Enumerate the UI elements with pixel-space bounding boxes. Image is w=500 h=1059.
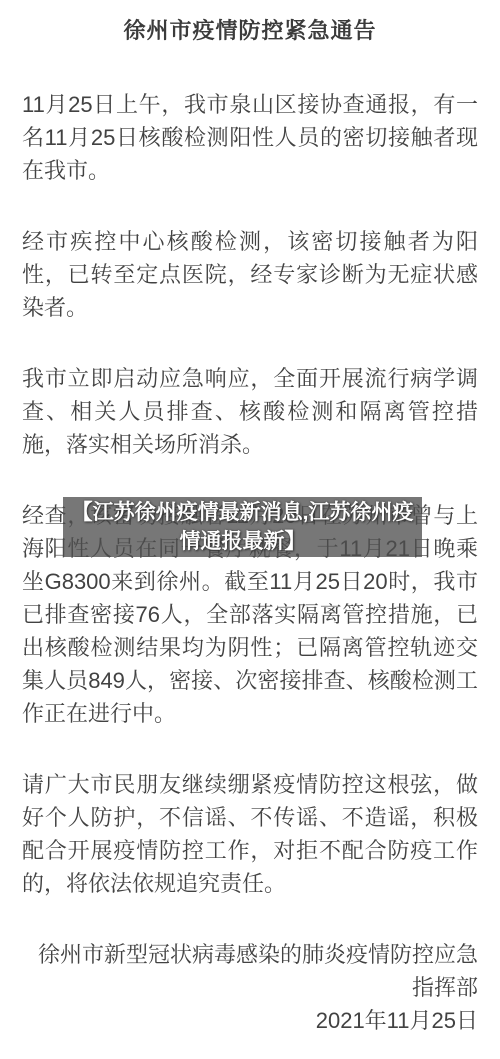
notice-title: 徐州市疫情防控紧急通告 <box>22 16 478 46</box>
signature-date: 2021年11月25日 <box>22 1004 478 1037</box>
notice-paragraph-2: 经市疾控中心核酸检测，该密切接触者为阳性，已转至定点医院，经专家诊断为无症状感染… <box>22 225 478 324</box>
notice-paragraph-1: 11月25日上午，我市泉山区接协查通报，有一名11月25日核酸检测阳性人员的密切… <box>22 88 478 187</box>
watermark-overlay: 【江苏徐州疫情最新消息,江苏徐州疫情通报最新】 <box>63 497 422 557</box>
notice-page: 徐州市疫情防控紧急通告 11月25日上午，我市泉山区接协查通报，有一名11月25… <box>0 0 500 1059</box>
signature-org: 徐州市新型冠状病毒感染的肺炎疫情防控应急指挥部 <box>22 938 478 1004</box>
notice-title-text: 徐州市疫情防控紧急通告 <box>123 18 376 43</box>
signature-block: 徐州市新型冠状病毒感染的肺炎疫情防控应急指挥部 2021年11月25日 <box>22 938 478 1037</box>
notice-paragraph-3: 我市立即启动应急响应，全面开展流行病学调查、相关人员排查、核酸检测和隔离管控措施… <box>22 362 478 461</box>
notice-paragraph-5: 请广大市民朋友继续绷紧疫情防控这根弦，做好个人防护，不信谣、不传谣、不造谣，积极… <box>22 768 478 900</box>
